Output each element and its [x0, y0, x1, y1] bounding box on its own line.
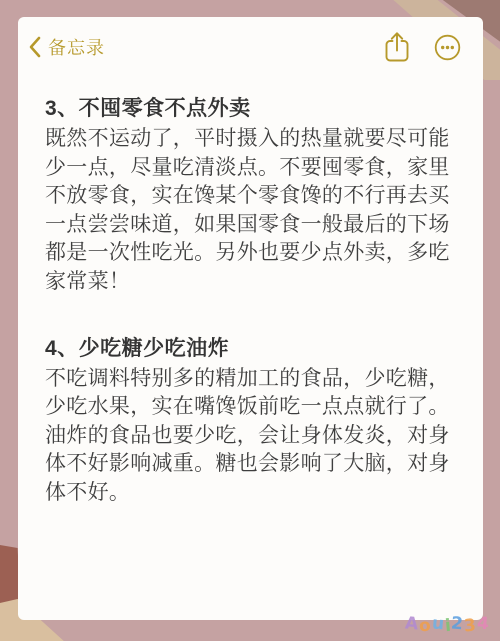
nav-bar: 备忘录 — [18, 17, 483, 73]
note-line: 少一点，尽量吃清淡点。不要囤零食，家里 — [45, 154, 457, 183]
note-paragraph: 不吃调料特别多的精加工的食品，少吃糖， 少吃水果，实在嘴馋饭前吃一点点就行了。 … — [45, 365, 457, 508]
share-button[interactable] — [382, 30, 412, 64]
note-heading: 3、不囤零食不点外卖 — [45, 95, 457, 123]
note-paragraph: 既然不运动了，平时摄入的热量就要尽可能 少一点，尽量吃清淡点。不要囤零食，家里 … — [45, 125, 457, 297]
more-button[interactable] — [432, 32, 463, 63]
note-heading: 4、少吃糖少吃油炸 — [45, 335, 457, 363]
note-line: 既然不运动了，平时摄入的热量就要尽可能 — [45, 125, 457, 154]
watermark: Aoui234 — [405, 615, 490, 635]
screen: { "nav": { "back_label": "备忘录" }, "icons… — [0, 0, 500, 641]
note-line: 都是一次性吃光。另外也要少点外卖，多吃 — [45, 239, 457, 268]
note-card: 备忘录 — [18, 17, 483, 620]
note-line: 体不好影响减重。糖也会影响了大脑，对身 — [45, 450, 457, 479]
chevron-left-icon — [28, 36, 42, 58]
note-line: 少吃水果，实在嘴馋饭前吃一点点就行了。 — [45, 393, 457, 422]
note-line: 油炸的食品也要少吃，会让身体发炎，对身 — [45, 422, 457, 451]
share-icon — [382, 30, 412, 64]
note-line: 不吃调料特别多的精加工的食品，少吃糖， — [45, 365, 457, 394]
back-label: 备忘录 — [48, 34, 105, 60]
note-line: 不放零食，实在馋某个零食馋的不行再去买 — [45, 182, 457, 211]
ellipsis-circle-icon — [432, 32, 463, 63]
note-line: 家常菜！ — [45, 268, 457, 297]
nav-icons — [382, 30, 463, 64]
back-button[interactable]: 备忘录 — [28, 34, 105, 60]
note-content[interactable]: 3、不囤零食不点外卖 既然不运动了，平时摄入的热量就要尽可能 少一点，尽量吃清淡… — [18, 73, 483, 508]
note-line: 一点尝尝味道，如果国零食一般最后的下场 — [45, 211, 457, 240]
note-line: 体不好。 — [45, 479, 457, 508]
note-section-4: 4、少吃糖少吃油炸 不吃调料特别多的精加工的食品，少吃糖， 少吃水果，实在嘴馋饭… — [45, 335, 457, 508]
note-section-3: 3、不囤零食不点外卖 既然不运动了，平时摄入的热量就要尽可能 少一点，尽量吃清淡… — [45, 95, 457, 297]
